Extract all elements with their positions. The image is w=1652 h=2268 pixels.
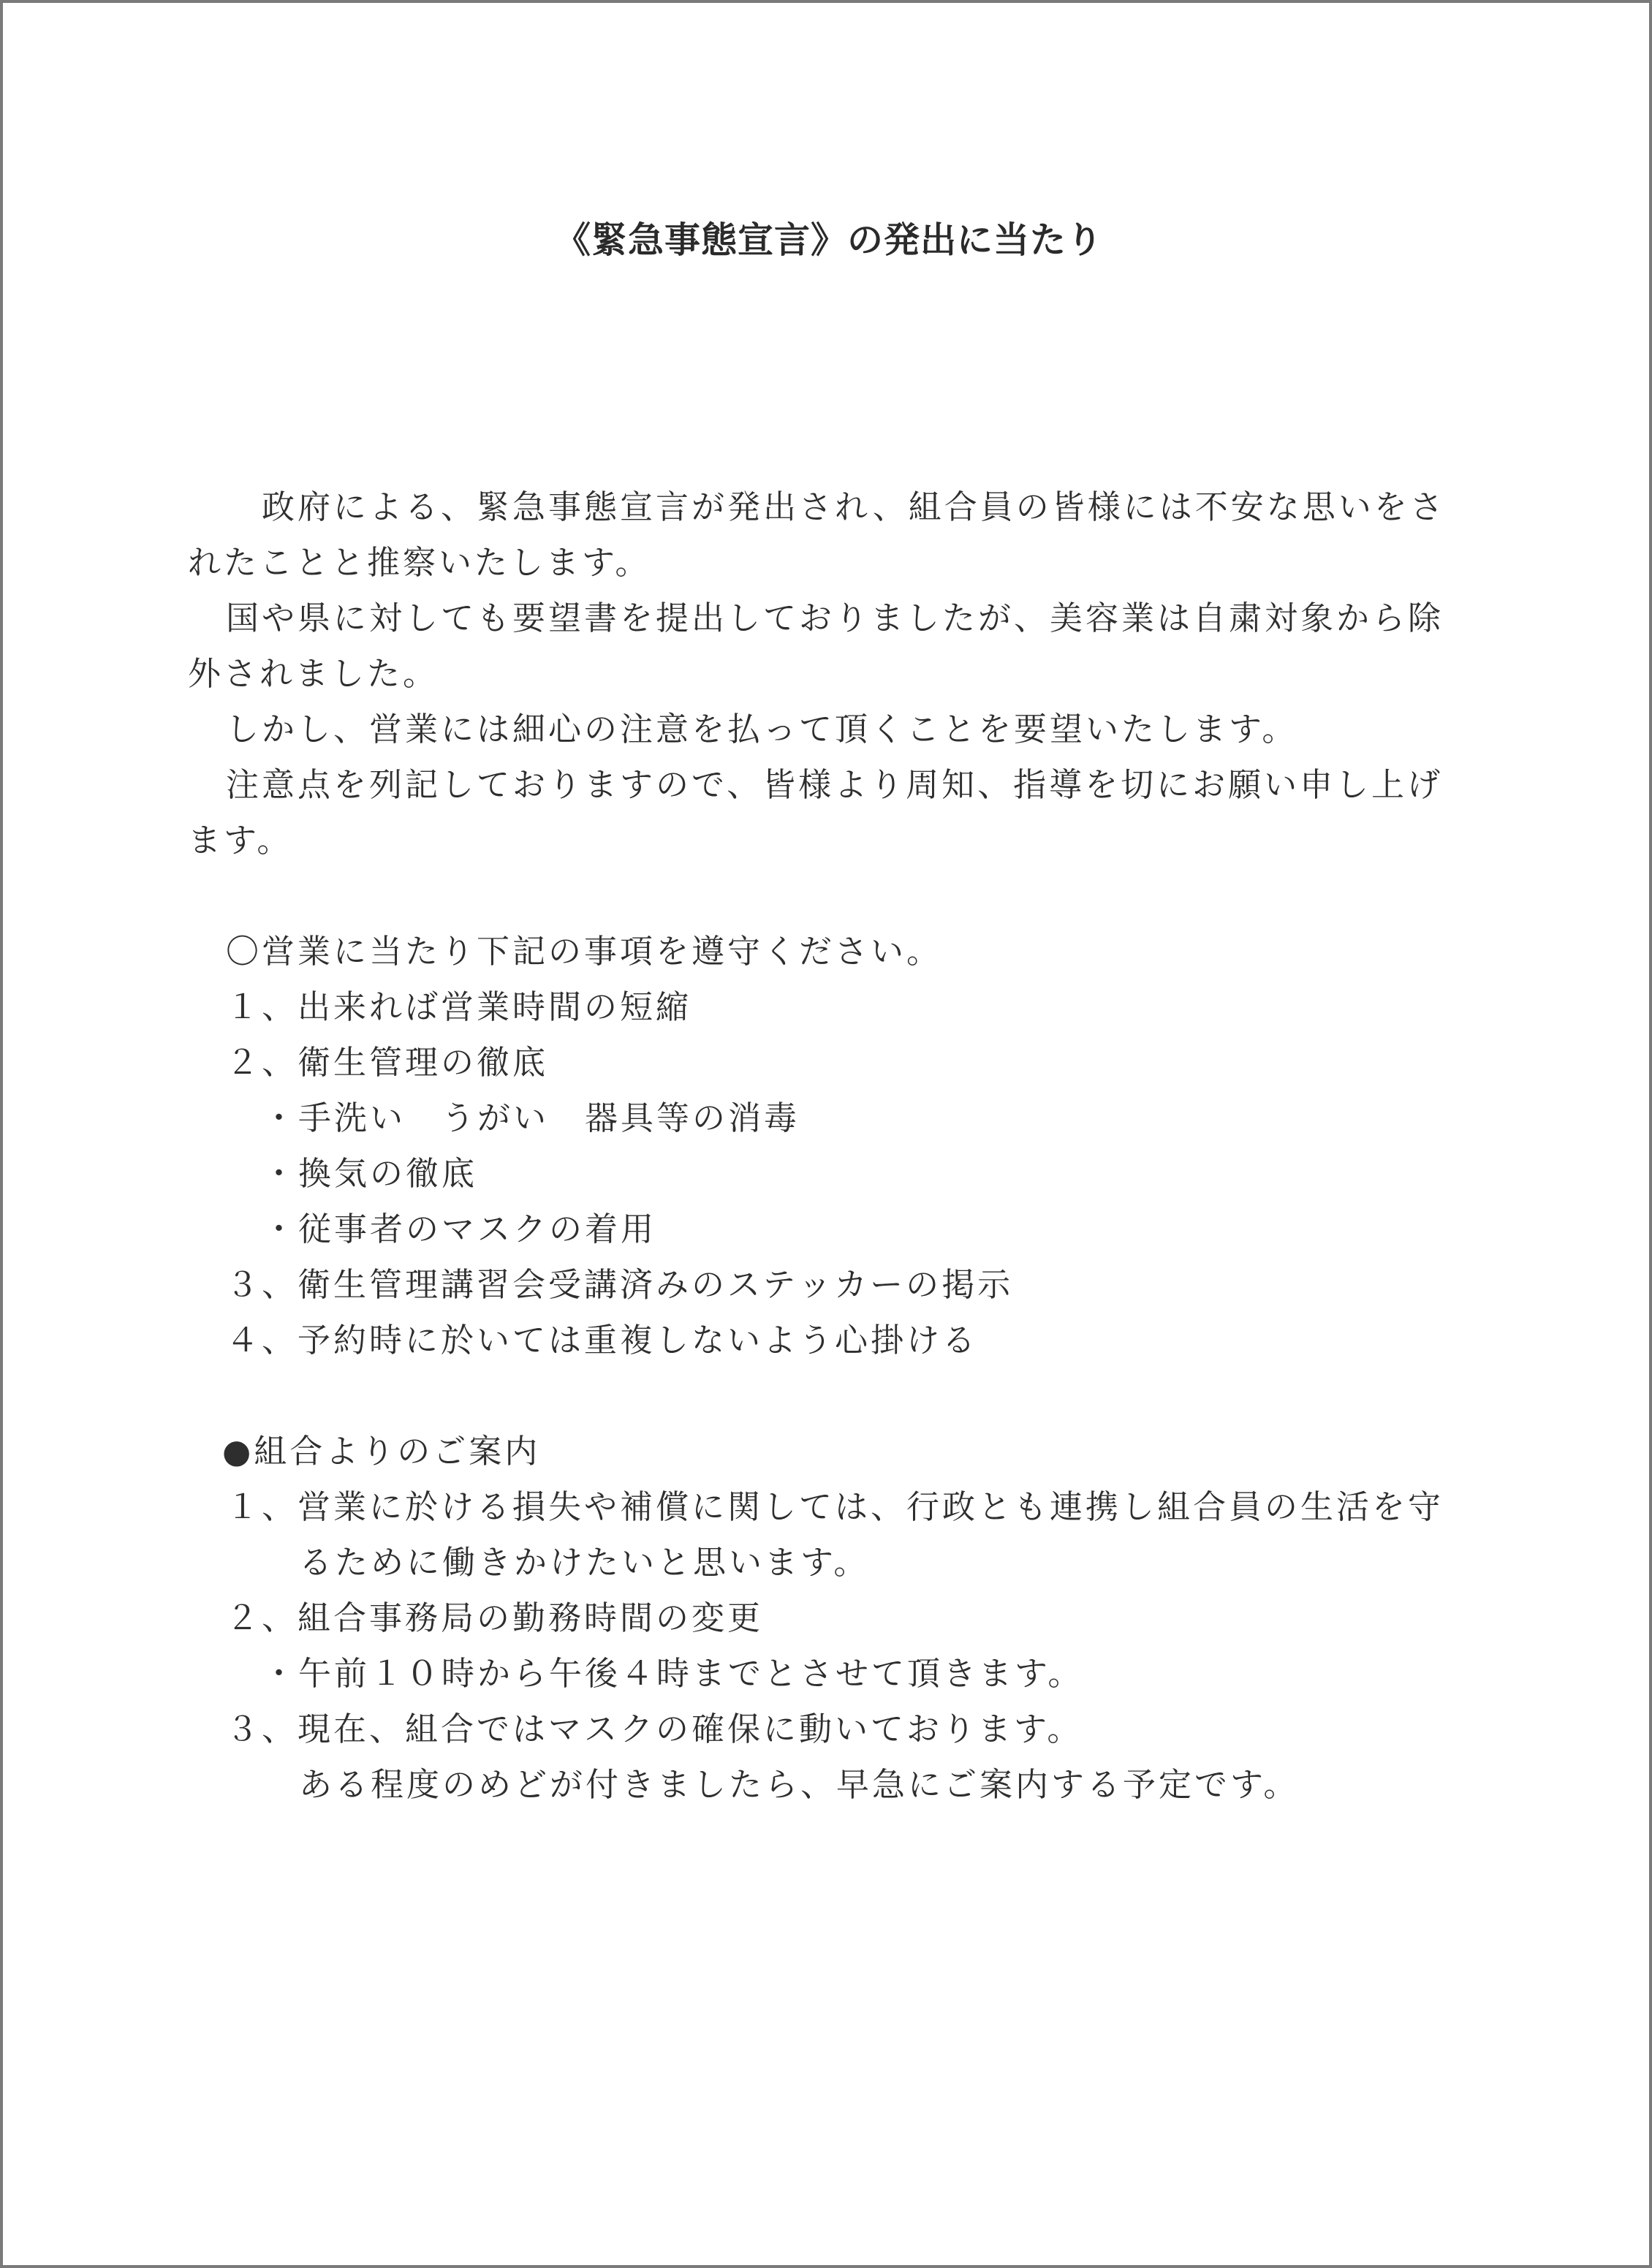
intro-line-6: 注意点を列記しておりますので、皆様より周知、指導を切にお願い申し上げ [226,767,1443,803]
intro-line-1: 政府による、緊急事態宣言が発出され、組合員の皆様には不安な思いをさ [226,489,1446,526]
document-title: 《緊急事態宣言》の発出に当たり [3,215,1652,266]
section2-item-2: ２、組合事務局の勤務時間の変更 [226,1600,763,1636]
section2-heading: ●組合よりのご案内 [222,1433,540,1470]
intro-line-4: 外されました。 [188,656,439,692]
section1-item-2: ２、衛生管理の徹底 [226,1044,548,1081]
section1-subitem-ventilation: ・換気の徹底 [262,1156,477,1192]
section1-item-3: ３、衛生管理講習会受講済みのステッカーの掲示 [226,1267,1013,1303]
section1-item-4: ４、予約時に於いては重複しないよう心掛ける [226,1322,978,1359]
intro-line-5: しかし、営業には細心の注意を払って頂くことを要望いたします。 [226,711,1297,748]
section1-subitem-mask: ・従事者のマスクの着用 [262,1211,656,1248]
section2-item-1: １、営業に於ける損失や補償に関しては、行政とも連携し組合員の生活を守 [226,1489,1444,1525]
section1-heading: 〇営業に当たり下記の事項を遵守ください。 [226,933,942,970]
section2-item-3-continued: ある程度のめどが付きましたら、早急にご案内する予定です。 [299,1767,1299,1803]
document-page: 《緊急事態宣言》の発出に当たり 政府による、緊急事態宣言が発出され、組合員の皆様… [0,0,1652,2268]
section1-item-1: １、出来れば営業時間の短縮 [226,989,692,1025]
intro-line-2: れたことと推察いたします。 [188,545,651,581]
intro-line-3: 国や県に対しても要望書を提出しておりましたが、美容業は自粛対象から除 [226,600,1444,637]
section2-item-1-continued: るために働きかけたいと思います。 [299,1544,869,1581]
section1-subitem-handwash: ・手洗い うがい 器具等の消毒 [262,1100,800,1137]
section2-item-3: ３、現在、組合ではマスクの確保に動いております。 [226,1711,1083,1748]
intro-line-7: ます。 [188,822,292,859]
section2-subitem-hours: ・午前１０時から午後４時までとさせて頂きます。 [262,1656,1083,1692]
